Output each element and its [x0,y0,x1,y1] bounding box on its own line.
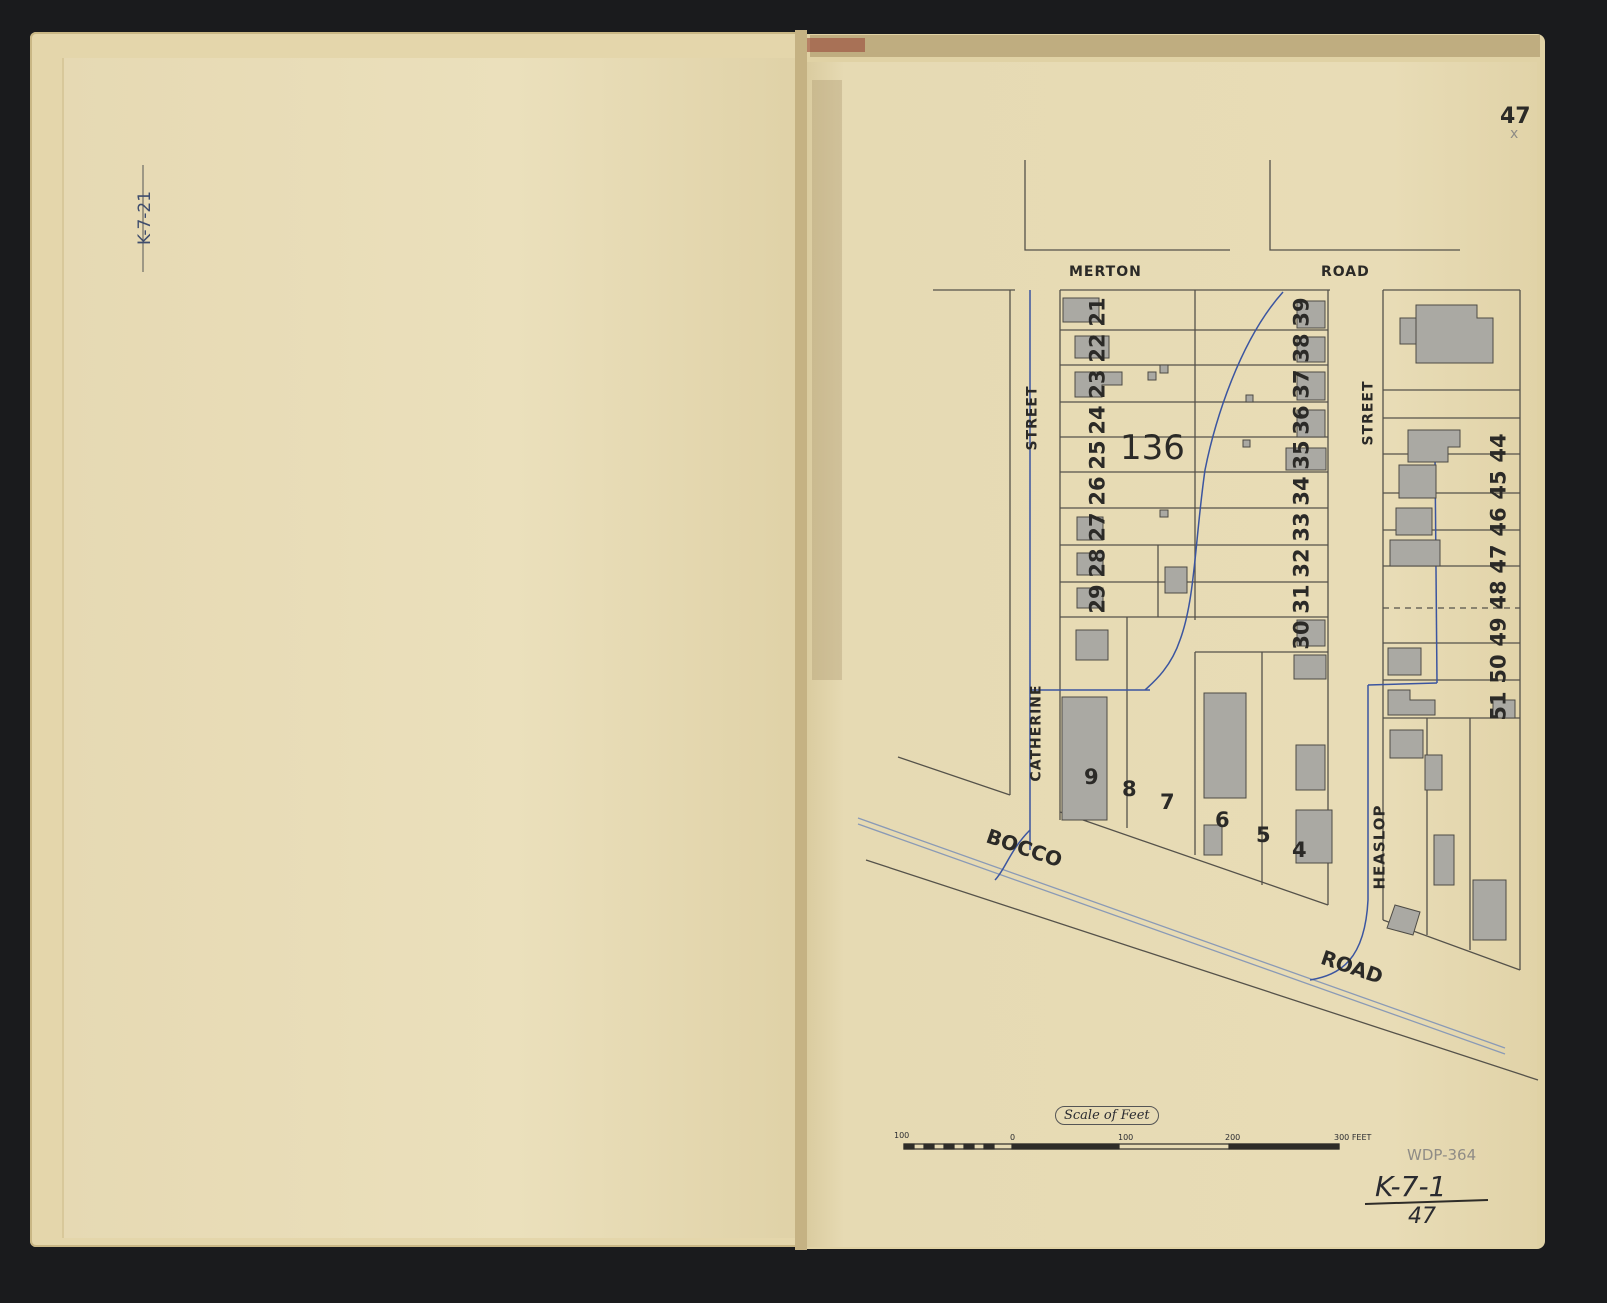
lot-37: 37 [1290,369,1314,398]
lot-49: 49 [1487,617,1511,646]
lot-27: 27 [1086,512,1110,541]
lot-51: 51 [1487,691,1511,720]
lot-9: 9 [1084,765,1099,789]
lot-36: 36 [1290,405,1314,434]
lot-30: 30 [1290,620,1314,649]
lot-39: 39 [1290,297,1314,326]
lot-45: 45 [1487,470,1511,499]
lot-48: 48 [1487,580,1511,609]
left-page-note: K-7-21 [135,191,155,245]
scale-tick-100: 100 [1118,1133,1133,1142]
page-mark: x [1510,126,1518,142]
lot-28: 28 [1086,548,1110,577]
scale-tick-300-feet: 300 FEET [1334,1133,1371,1142]
sheet-page: 47 [1408,1204,1436,1229]
lot-38: 38 [1290,333,1314,362]
lot-47: 47 [1487,544,1511,573]
lot-35: 35 [1290,440,1314,469]
scale-tick-100-left: 100 [894,1131,909,1140]
lot-32: 32 [1290,548,1314,577]
lot-23: 23 [1086,369,1110,398]
lot-25: 25 [1086,440,1110,469]
lot-46: 46 [1487,507,1511,536]
lot-5: 5 [1256,823,1271,847]
scale-title: Scale of Feet [1055,1106,1159,1125]
lot-24: 24 [1086,405,1110,434]
heaslop-label: HEASLOP [1370,805,1388,890]
pencil-note: WDP-364 [1407,1146,1476,1164]
catherine-street-label-2: CATHERINE [1029,684,1045,781]
lot-7: 7 [1160,790,1175,814]
merton-road-label-2: ROAD [1321,264,1370,280]
merton-road-label-1: MERTON [1069,264,1142,280]
sheet-code: K-7-1 [1375,1170,1446,1203]
scale-tick-0: 0 [1010,1133,1015,1142]
lot-26: 26 [1086,476,1110,505]
east-street-label: STREET [1361,380,1377,445]
lot-44: 44 [1487,433,1511,462]
lot-21: 21 [1086,297,1110,326]
lot-4: 4 [1292,838,1307,862]
map-drawing [0,0,1607,1303]
lot-22: 22 [1086,333,1110,362]
lot-6: 6 [1215,808,1230,832]
lot-31: 31 [1290,584,1314,613]
catherine-street-label-1: STREET [1025,385,1041,450]
lot-29: 29 [1086,584,1110,613]
lot-34: 34 [1290,476,1314,505]
block-number: 136 [1120,428,1185,468]
scale-tick-200: 200 [1225,1133,1240,1142]
lot-50: 50 [1487,654,1511,683]
lot-8: 8 [1122,777,1137,801]
lot-33: 33 [1290,512,1314,541]
